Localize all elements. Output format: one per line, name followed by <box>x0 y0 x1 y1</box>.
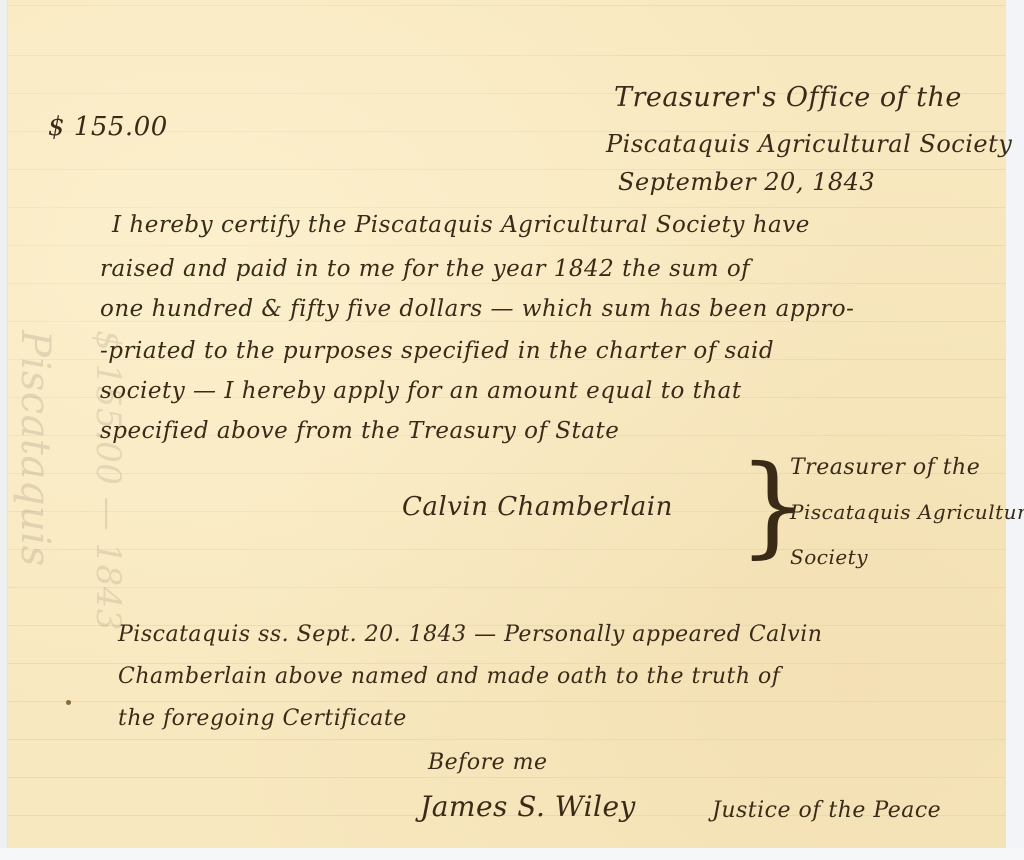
bleed-through-text-left: Piscataquis <box>12 330 58 567</box>
oath-line: Chamberlain above named and made oath to… <box>118 664 780 689</box>
justice-signature: James S. Wiley <box>420 790 636 823</box>
scan-margin-right <box>1006 0 1024 860</box>
treasurer-role-line: Piscataquis Agricultural <box>790 500 1024 524</box>
treasurer-role-line: Society <box>790 545 868 569</box>
scan-margin-bottom <box>0 848 1024 860</box>
heading-society: Piscataquis Agricultural Society <box>606 130 1012 158</box>
heading-date: September 20, 1843 <box>618 168 875 196</box>
body-line: I hereby certify the Piscataquis Agricul… <box>112 212 810 238</box>
amount-figure: $ 155.00 <box>48 112 168 142</box>
body-line: specified above from the Treasury of Sta… <box>100 418 619 444</box>
body-line: society — I hereby apply for an amount e… <box>100 378 742 404</box>
ink-blot <box>66 700 71 705</box>
body-line: -priated to the purposes specified in th… <box>100 338 774 364</box>
heading-office: Treasurer's Office of the <box>614 82 962 113</box>
body-line: one hundred & fifty five dollars — which… <box>100 296 854 322</box>
treasurer-signature: Calvin Chamberlain <box>402 492 673 522</box>
oath-line: the foregoing Certificate <box>118 706 407 731</box>
treasurer-role-line: Treasurer of the <box>790 455 980 480</box>
body-line: raised and paid in to me for the year 18… <box>100 256 750 282</box>
bleed-through-text-right: $ 155.00 — 1843 <box>88 330 128 631</box>
justice-title: Justice of the Peace <box>712 798 941 823</box>
oath-line: Piscataquis ss. Sept. 20. 1843 — Persona… <box>118 622 822 647</box>
attestation-before: Before me <box>428 750 547 775</box>
